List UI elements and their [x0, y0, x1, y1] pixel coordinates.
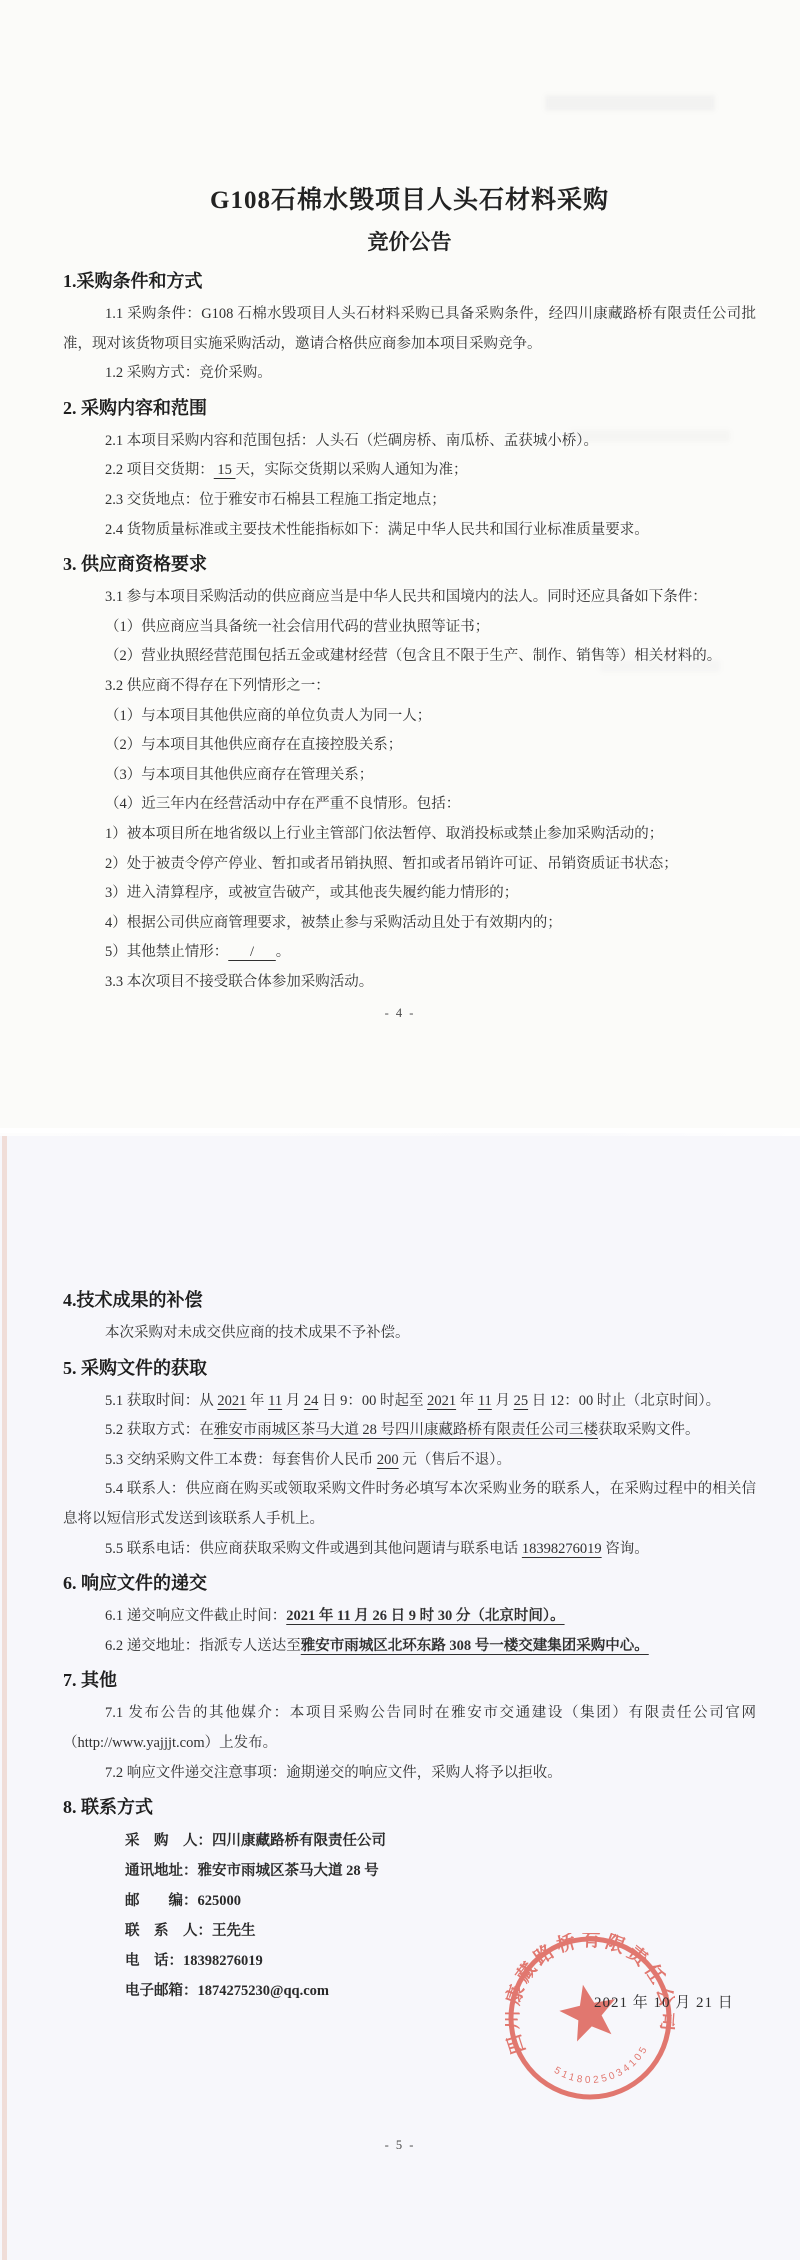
text-run: （1）与本项目其他供应商的单位负责人为同一人；	[105, 708, 431, 724]
text-run: 2021 年 11 月 26 日 9 时 30 分（北京时间）。	[286, 1608, 564, 1624]
page-number: - 4 -	[0, 1006, 800, 1021]
text-run: 1）被本项目所在地省级以上行业主管部门依法暂停、取消投标或禁止参加采购活动的；	[105, 826, 663, 842]
paragraph: 5.3 交纳采购文件工本费：每套售价人民币 200 元（售后不退）。	[63, 1446, 756, 1476]
text-run: 2.1 本项目采购内容和范围包括：人头石（烂碉房桥、南瓜桥、孟获城小桥）。	[105, 433, 598, 449]
text-run: （1）供应商应当具备统一社会信用代码的营业执照等证书；	[105, 619, 489, 635]
paragraph: 4）根据公司供应商管理要求，被禁止参与采购活动且处于有效期内的；	[63, 909, 756, 939]
document-page-4: G108石棉水毁项目人头石材料采购 竞价公告 1.采购条件和方式1.1 采购条件…	[0, 0, 800, 1128]
paragraph: 6.1 递交响应文件截止时间：2021 年 11 月 26 日 9 时 30 分…	[63, 1602, 756, 1632]
text-run: 6.2 递交地址：指派专人送达至	[105, 1638, 301, 1654]
text-run: 联 系 人：王先生	[125, 1923, 256, 1939]
text-run: （2）与本项目其他供应商存在直接控股关系；	[105, 737, 402, 753]
paragraph: 3.3 本次项目不接受联合体参加采购活动。	[63, 968, 756, 998]
text-run: 200	[377, 1452, 399, 1468]
paragraph: 7.1 发布公告的其他媒介：本项目采购公告同时在雅安市交通建设（集团）有限责任公…	[63, 1699, 756, 1758]
paragraph: 2）处于被责令停产停业、暂扣或者吊销执照、暂扣或者吊销许可证、吊销资质证书状态；	[63, 850, 756, 880]
text-run: 月	[282, 1393, 304, 1409]
page-number: - 5 -	[0, 2138, 800, 2153]
section-heading: 7. 其他	[63, 1664, 756, 1697]
text-run: 2.4 货物质量标准或主要技术性能指标如下：满足中华人民共和国行业标准质量要求。	[105, 522, 649, 538]
text-run: 5.2 获取方式：在	[105, 1422, 214, 1438]
text-run: 7.1 发布公告的其他媒介：本项目采购公告同时在雅安市交通建设（集团）有限责任公…	[63, 1705, 756, 1751]
paragraph: （4）近三年内在经营活动中存在严重不良情形。包括：	[63, 790, 756, 820]
section-heading: 8. 联系方式	[63, 1791, 756, 1824]
paragraph: 2.3 交货地点：位于雅安市石棉县工程施工指定地点；	[63, 486, 756, 516]
text-run: 邮 编：625000	[125, 1893, 241, 1909]
text-run: （4）近三年内在经营活动中存在严重不良情形。包括：	[105, 796, 460, 812]
text-run: 5.1 获取时间：从	[105, 1393, 217, 1409]
paragraph: （1）供应商应当具备统一社会信用代码的营业执照等证书；	[63, 613, 756, 643]
paragraph: （3）与本项目其他供应商存在管理关系；	[63, 761, 756, 791]
document-title: G108石棉水毁项目人头石材料采购	[63, 180, 756, 222]
text-run: 获取采购文件。	[598, 1422, 700, 1438]
text-run: 雅安市雨城区北环东路 308 号一楼交建集团采购中心。	[301, 1638, 649, 1654]
text-run: 2021	[427, 1393, 456, 1409]
paragraph: 3）进入清算程序，或被宣告破产，或其他丧失履约能力情形的；	[63, 879, 756, 909]
text-run: 1.1 采购条件：G108 石棉水毁项目人头石材料采购已具备采购条件，经四川康藏…	[63, 306, 756, 352]
paragraph: 2.2 项目交货期： 15 天，实际交货期以采购人通知为准；	[63, 456, 756, 486]
text-run: 通讯地址：雅安市雨城区茶马大道 28 号	[125, 1863, 379, 1879]
section-heading: 5. 采购文件的获取	[63, 1352, 756, 1385]
text-run: 5.3 交纳采购文件工本费：每套售价人民币	[105, 1452, 377, 1468]
text-run: 5）其他禁止情形：	[105, 944, 228, 960]
paragraph: 5）其他禁止情形： / 。	[63, 938, 756, 968]
bleed-through-artifact	[570, 430, 730, 442]
text-run: 6. 响应文件的递交	[63, 1573, 207, 1593]
text-run: 15	[214, 462, 236, 478]
text-run: 2.3 交货地点：位于雅安市石棉县工程施工指定地点；	[105, 492, 446, 508]
text-run: 3.1 参与本项目采购活动的供应商应当是中华人民共和国境内的法人。同时还应具备如…	[105, 589, 707, 605]
paragraph: 7.2 响应文件递交注意事项：逾期递交的响应文件，采购人将予以拒收。	[63, 1759, 756, 1789]
text-run: 11	[268, 1393, 282, 1409]
paragraph: 5.5 联系电话：供应商获取采购文件或遇到其他问题请与联系电话 18398276…	[63, 1535, 756, 1565]
paragraph: 6.2 递交地址：指派专人送达至雅安市雨城区北环东路 308 号一楼交建集团采购…	[63, 1632, 756, 1662]
paragraph: 3.2 供应商不得存在下列情形之一：	[63, 672, 756, 702]
paragraph: 3.1 参与本项目采购活动的供应商应当是中华人民共和国境内的法人。同时还应具备如…	[63, 583, 756, 613]
text-run: 雅安市雨城区茶马大道 28 号四川康藏路桥有限责任公司三楼	[214, 1422, 598, 1438]
contact-line: 邮 编：625000	[125, 1886, 756, 1916]
text-run: 6.1 递交响应文件截止时间：	[105, 1608, 286, 1624]
text-run: （3）与本项目其他供应商存在管理关系；	[105, 767, 373, 783]
text-run: 18398276019	[522, 1541, 602, 1557]
text-run: 3）进入清算程序，或被宣告破产，或其他丧失履约能力情形的；	[105, 885, 518, 901]
text-run: 3.3 本次项目不接受联合体参加采购活动。	[105, 974, 373, 990]
document-page-5: 4.技术成果的补偿本次采购对未成交供应商的技术成果不予补偿。5. 采购文件的获取…	[0, 1133, 800, 2260]
paragraph: 1）被本项目所在地省级以上行业主管部门依法暂停、取消投标或禁止参加采购活动的；	[63, 820, 756, 850]
seal-serial-text: 5118025034105	[549, 2041, 656, 2095]
text-run: 日 9：00 时起至	[318, 1393, 427, 1409]
text-run: 采 购 人：四川康藏路桥有限责任公司	[125, 1833, 386, 1849]
text-run: 咨询。	[602, 1541, 649, 1557]
paragraph: （1）与本项目其他供应商的单位负责人为同一人；	[63, 702, 756, 732]
section-heading: 3. 供应商资格要求	[63, 548, 756, 581]
text-run: 2021	[217, 1393, 246, 1409]
text-run: 年	[456, 1393, 478, 1409]
text-run: 元（售后不退）。	[399, 1452, 511, 1468]
text-run: 1.2 采购方式：竞价采购。	[105, 365, 272, 381]
text-run: 。	[276, 944, 291, 960]
text-run: 4）根据公司供应商管理要求，被禁止参与采购活动且处于有效期内的；	[105, 915, 562, 931]
text-run: 24	[304, 1393, 319, 1409]
text-run: 5.5 联系电话：供应商获取采购文件或遇到其他问题请与联系电话	[105, 1541, 522, 1557]
document-subtitle: 竞价公告	[63, 222, 756, 262]
paragraph: 1.1 采购条件：G108 石棉水毁项目人头石材料采购已具备采购条件，经四川康藏…	[63, 300, 756, 359]
paragraph: 5.4 联系人：供应商在购买或领取采购文件时务必填写本次采购业务的联系人，在采购…	[63, 1475, 756, 1534]
section-heading: 2. 采购内容和范围	[63, 392, 756, 425]
announcement-date: 2021 年 10 月 21 日	[594, 1991, 734, 2012]
text-run: 5.4 联系人：供应商在购买或领取采购文件时务必填写本次采购业务的联系人，在采购…	[63, 1481, 756, 1527]
paragraph: 1.2 采购方式：竞价采购。	[63, 359, 756, 389]
paragraph: （2）与本项目其他供应商存在直接控股关系；	[63, 731, 756, 761]
scanned-document: G108石棉水毁项目人头石材料采购 竞价公告 1.采购条件和方式1.1 采购条件…	[0, 0, 800, 2260]
paragraph: 2.4 货物质量标准或主要技术性能指标如下：满足中华人民共和国行业标准质量要求。	[63, 516, 756, 546]
paragraph: 5.1 获取时间：从 2021 年 11 月 24 日 9：00 时起至 202…	[63, 1387, 756, 1417]
svg-text:5118025034105: 5118025034105	[549, 2041, 656, 2095]
paragraph: 本次采购对未成交供应商的技术成果不予补偿。	[63, 1319, 756, 1349]
text-run: 2. 采购内容和范围	[63, 398, 207, 418]
bleed-through-artifact	[600, 660, 720, 672]
text-run: 本次采购对未成交供应商的技术成果不予补偿。	[105, 1325, 410, 1341]
text-run: 25	[514, 1393, 529, 1409]
paragraph: 5.2 获取方式：在雅安市雨城区茶马大道 28 号四川康藏路桥有限责任公司三楼获…	[63, 1416, 756, 1446]
text-run: 日 12：00 时止（北京时间）。	[528, 1393, 720, 1409]
bleed-through-artifact	[545, 95, 715, 111]
text-run: 3. 供应商资格要求	[63, 554, 207, 574]
text-run: 年	[246, 1393, 268, 1409]
text-run: 4.技术成果的补偿	[63, 1290, 203, 1310]
text-run: 电子邮箱：1874275230@qq.com	[125, 1983, 329, 1999]
text-run: 2）处于被责令停产停业、暂扣或者吊销执照、暂扣或者吊销许可证、吊销资质证书状态；	[105, 856, 678, 872]
contact-line: 通讯地址：雅安市雨城区茶马大道 28 号	[125, 1856, 756, 1886]
text-run: 3.2 供应商不得存在下列情形之一：	[105, 678, 330, 694]
page1-body: 1.采购条件和方式1.1 采购条件：G108 石棉水毁项目人头石材料采购已具备采…	[63, 265, 756, 997]
contact-line: 采 购 人：四川康藏路桥有限责任公司	[125, 1826, 756, 1856]
text-run: 电 话：18398276019	[125, 1953, 263, 1969]
section-heading: 1.采购条件和方式	[63, 265, 756, 298]
text-run: 2.2 项目交货期：	[105, 462, 214, 478]
text-run: 11	[478, 1393, 492, 1409]
text-run: 1.采购条件和方式	[63, 271, 203, 291]
section-heading: 6. 响应文件的递交	[63, 1567, 756, 1600]
page2-body: 4.技术成果的补偿本次采购对未成交供应商的技术成果不予补偿。5. 采购文件的获取…	[63, 1284, 756, 2006]
section-heading: 4.技术成果的补偿	[63, 1284, 756, 1317]
text-run: 天，实际交货期以采购人通知为准；	[236, 462, 468, 478]
text-run: 5. 采购文件的获取	[63, 1358, 207, 1378]
text-run: 8. 联系方式	[63, 1797, 153, 1817]
company-seal: 四川康藏路桥有限责任公司 5118025034105	[505, 1933, 675, 2103]
text-run: 7. 其他	[63, 1670, 117, 1690]
text-run: 月	[492, 1393, 514, 1409]
text-run: 7.2 响应文件递交注意事项：逾期递交的响应文件，采购人将予以拒收。	[105, 1765, 562, 1781]
text-run: /	[228, 944, 276, 960]
